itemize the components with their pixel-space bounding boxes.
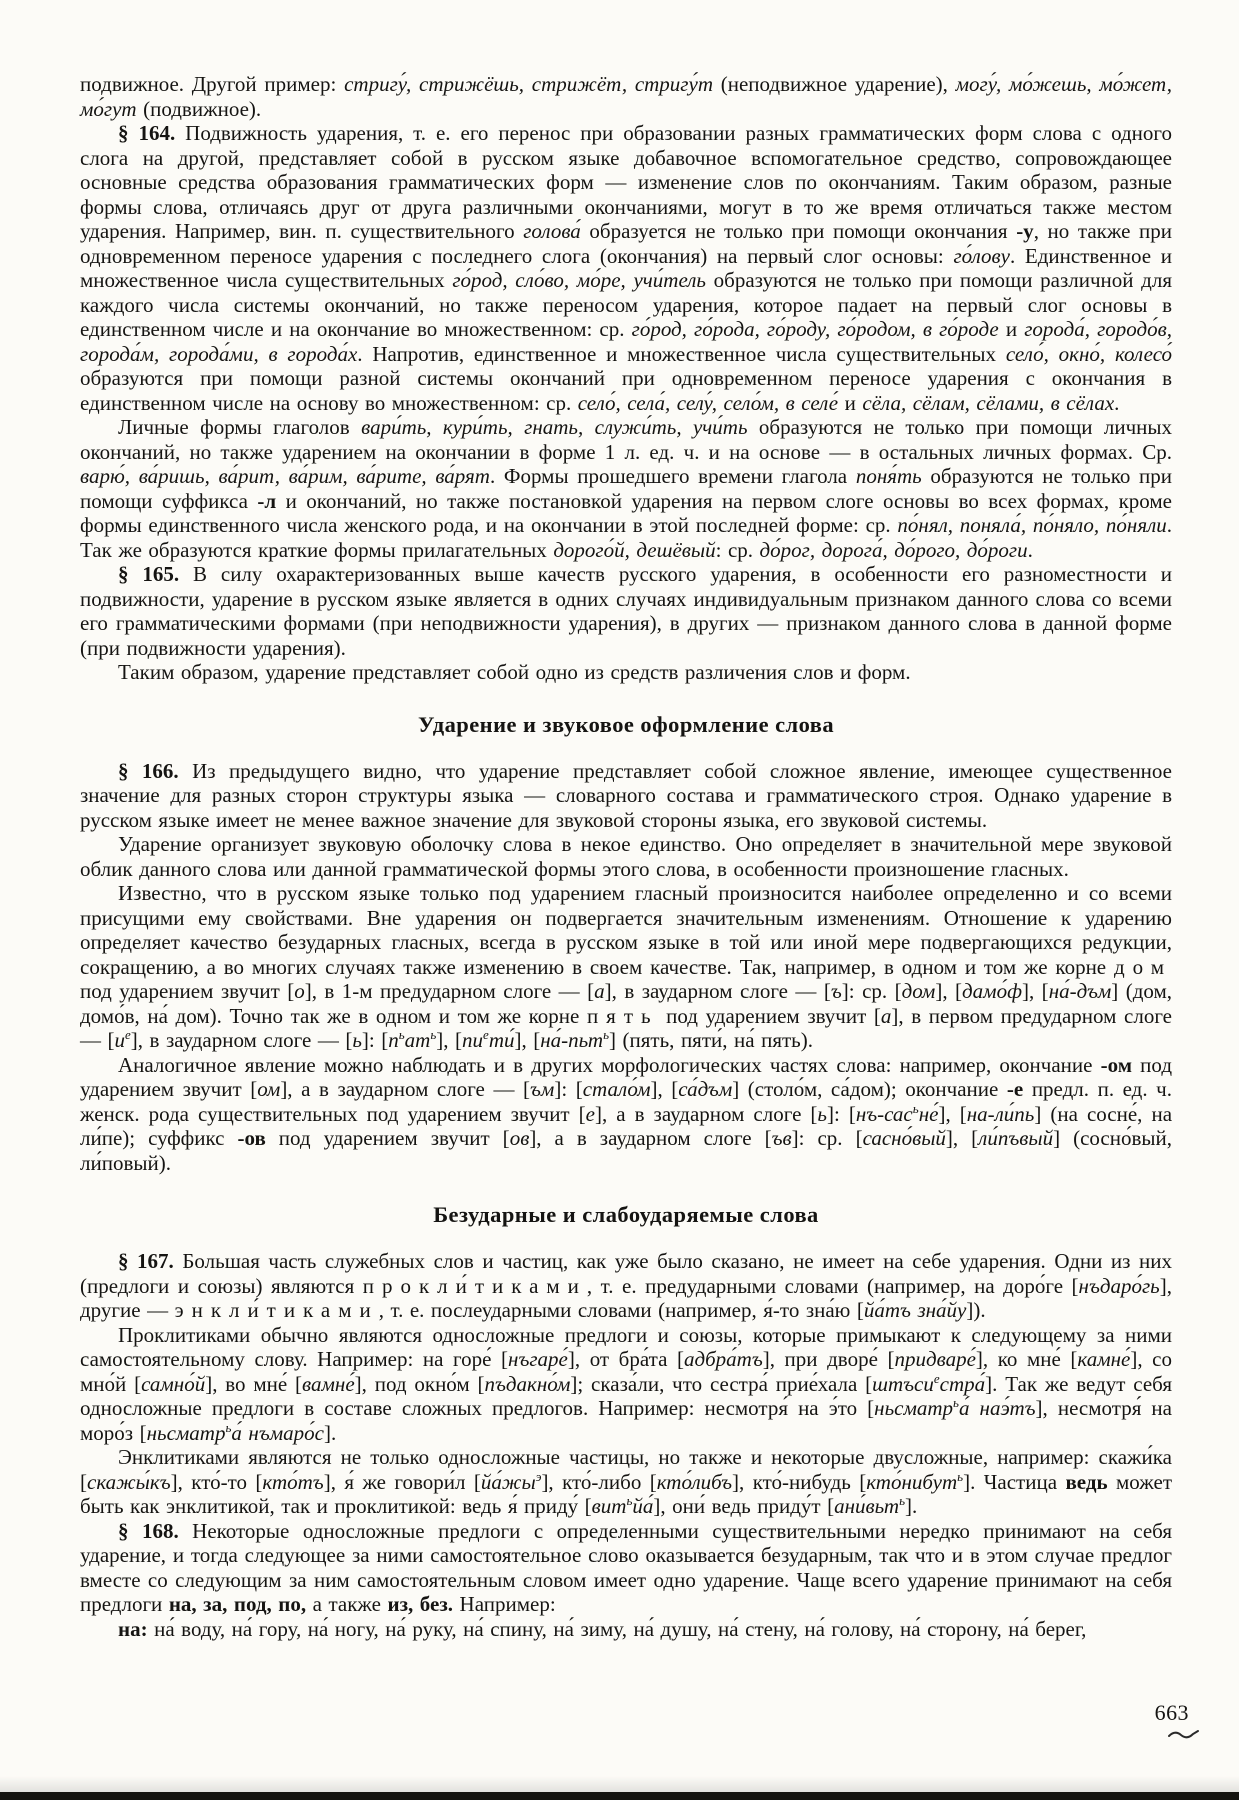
paragraph: Аналогичное явление можно наблюдать и в … — [80, 1053, 1172, 1176]
paragraph: § 167. Большая часть служебных слов и ча… — [80, 1249, 1172, 1323]
paragraph: Энклитиками являются не только односложн… — [80, 1445, 1172, 1519]
scan-bottom-edge — [0, 1792, 1239, 1800]
page-number: 663 — [1155, 1700, 1189, 1725]
paragraph: на: на́ воду, на́ гору, на́ ногу, на́ ру… — [80, 1617, 1172, 1642]
section-heading: Ударение и звуковое оформление слова — [80, 712, 1172, 738]
page-number-container: 663 — [1155, 1700, 1189, 1726]
paragraph: § 166. Из предыдущего видно, что ударени… — [80, 759, 1172, 833]
section-heading: Безударные и слабоударяемые слова — [80, 1202, 1172, 1228]
paragraph: подвижное. Другой пример: стригу́, стриж… — [80, 72, 1172, 121]
paragraph: Проклитиками обычно являются односложные… — [80, 1323, 1172, 1446]
paragraph: § 168. Некоторые односложные предлоги с … — [80, 1519, 1172, 1617]
pen-mark-icon — [1167, 1726, 1201, 1742]
scan-edge-shadow — [0, 1776, 1239, 1792]
paragraph: Известно, что в русском языке только под… — [80, 881, 1172, 1053]
paragraph: § 165. В силу охарактеризованных выше ка… — [80, 562, 1172, 660]
page-text-column: подвижное. Другой пример: стригу́, стриж… — [80, 72, 1172, 1641]
paragraph: Личные формы глаголов вари́ть, кури́ть, … — [80, 415, 1172, 562]
book-page: подвижное. Другой пример: стригу́, стриж… — [0, 0, 1239, 1800]
paragraph: § 164. Подвижность ударения, т. е. его п… — [80, 121, 1172, 415]
paragraph: Ударение организует звуковую оболочку сл… — [80, 832, 1172, 881]
paragraph: Таким образом, ударение представляет соб… — [80, 660, 1172, 685]
